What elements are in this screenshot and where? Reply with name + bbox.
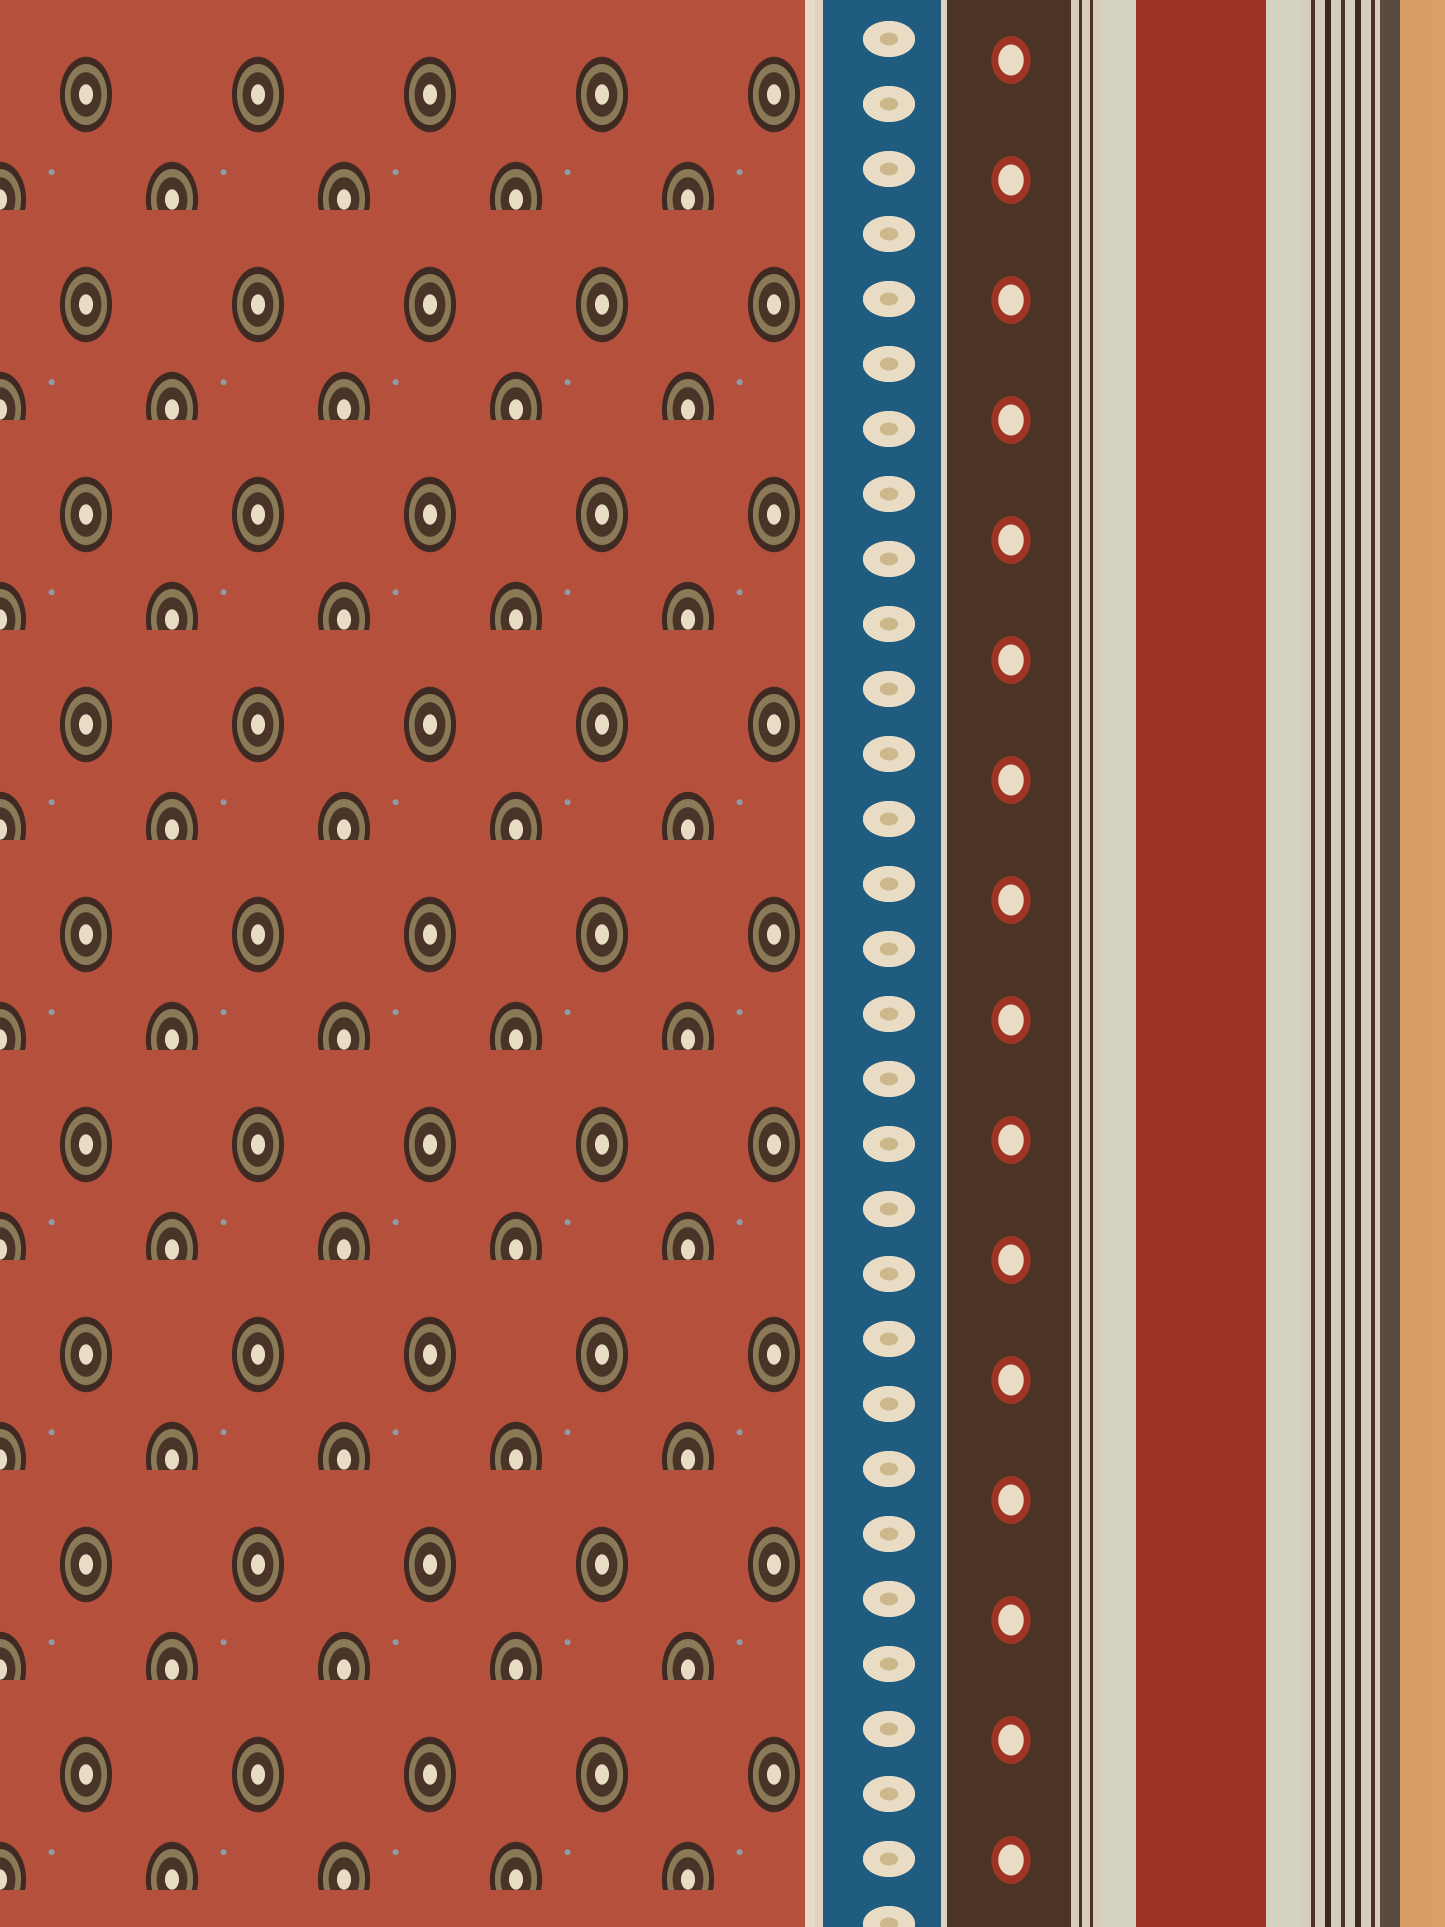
brown-guard-stripe: [947, 0, 961, 1927]
boteh-field: [0, 0, 805, 1927]
red-flowerhead-border: [961, 0, 1061, 1927]
ivory-guard-stripes: [1071, 0, 1101, 1927]
inner-guard-stripe: [805, 0, 815, 1927]
brown-guard-stripe-2: [1061, 0, 1071, 1927]
rug-photo: [0, 0, 1445, 1927]
selvedge: [1380, 0, 1400, 1927]
blue-meander-border: [815, 0, 947, 1927]
rug: [0, 0, 1400, 1927]
